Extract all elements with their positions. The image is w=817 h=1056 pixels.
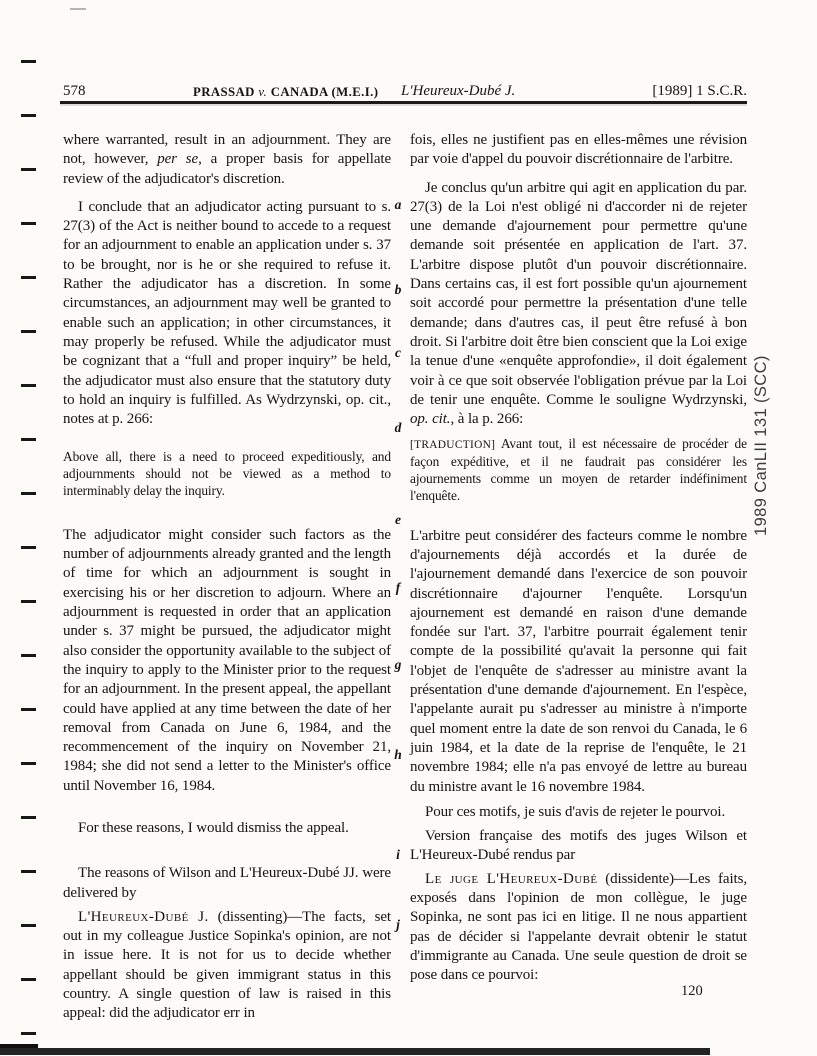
gutter-letter-c: c [391,345,405,361]
case-name-versus: v. [258,85,267,99]
header-page-number: 578 [63,83,86,100]
traduction-label: [TRADUCTION] [410,439,495,451]
en-block-quote: Above all, there is a need to proceed ex… [63,449,391,499]
fr-paragraph-factors: L'arbitre peut considérer des facteurs c… [410,527,747,797]
gutter-letter-h: h [391,747,405,763]
gutter-letter-d: d [391,420,405,436]
scan-artifact-top [70,8,86,10]
scanned-page: 578 PRASSAD v. CANADA (M.E.I.) L'Heureux… [0,0,817,1056]
gutter-letter-e: e [391,512,405,528]
gutter-letter-a: a [391,197,405,213]
gutter-letter-i: i [391,847,405,863]
gutter-letter-f: f [391,580,405,596]
gutter-letter-b: b [391,282,405,298]
fr-paragraph-disposition: Pour ces motifs, je suis d'avis de rejet… [410,803,747,822]
english-column: where warranted, result in an adjournmen… [63,131,391,1024]
en-paragraph-conclude: I conclude that an adjudicator acting pu… [63,198,391,430]
scan-artifact-bottom-bar [0,1048,710,1055]
en-paragraph-factors: The adjudicator might consider such fact… [63,526,391,796]
text-segment: (dissenting)—The facts, set out in my co… [63,909,391,1021]
binding-marks [21,60,36,1050]
gutter-letter-j: j [391,917,405,933]
en-paragraph-continuation: where warranted, result in an adjournmen… [63,131,391,189]
french-column: fois, elles ne justifient pas en elles-m… [410,131,747,985]
en-paragraph-reasons-intro: The reasons of Wilson and L'Heureux-Dubé… [63,864,391,903]
judge-name-smallcaps: Le juge L'Heureux-Dubé [425,871,597,887]
header-rule [60,101,747,104]
header-citation: [1989] 1 S.C.R. [652,83,747,100]
canlii-watermark: 1989 CanLII 131 (SCC) [752,268,771,536]
fr-paragraph-continuation: fois, elles ne justifient pas en elles-m… [410,131,747,170]
case-name-pre: PRASSAD [193,85,258,99]
en-paragraph-disposition: For these reasons, I would dismiss the a… [63,819,391,838]
fr-paragraph-conclude: Je conclus qu'un arbitre qui agit en app… [410,179,747,430]
case-name-post: CANADA (M.E.I.) [267,85,378,99]
text-segment-italic: per se [157,151,198,167]
text-segment: , à la p. 266: [450,411,523,427]
fr-paragraph-dissent-open: Le juge L'Heureux-Dubé (dissidente)—Les … [410,870,747,986]
header-case-name: PRASSAD v. CANADA (M.E.I.) [193,85,378,100]
header-judge-name: L'Heureux-Dubé J. [401,83,515,100]
fr-paragraph-reasons-intro: Version française des motifs des juges W… [410,827,747,866]
text-segment: (dissidente)—Les faits, exposés dans l'o… [410,871,747,983]
fr-block-quote: [TRADUCTION] Avant tout, il est nécessai… [410,436,747,504]
gutter-letter-g: g [391,657,405,673]
text-segment-italic: op. cit. [410,411,450,427]
footer-page-number: 120 [681,983,703,1000]
text-segment: Je conclus qu'un arbitre qui agit en app… [410,180,747,408]
en-paragraph-dissent-open: L'Heureux-Dubé J. (dissenting)—The facts… [63,908,391,1024]
judge-name-smallcaps: L'Heureux-Dubé J. [78,909,209,925]
running-header: 578 PRASSAD v. CANADA (M.E.I.) L'Heureux… [63,83,747,101]
